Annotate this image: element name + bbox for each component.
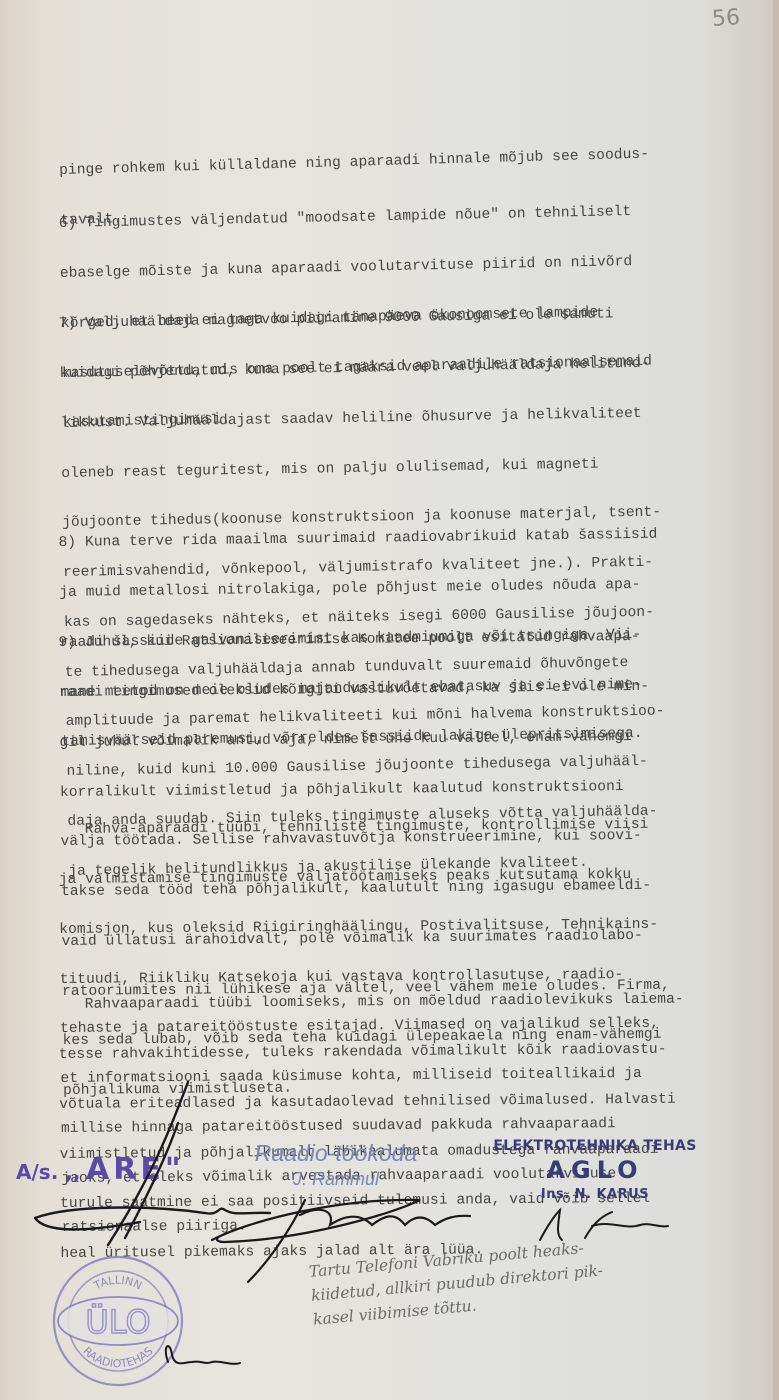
- stamp-aglo-line3: Ins. N. KARUS: [480, 1187, 710, 1202]
- stamp-are: A/s. ,, ARE": [16, 1152, 184, 1187]
- text-line: likkust. Valjuhääldajast saadav heliline…: [60, 404, 750, 433]
- stamp-rammul-line1: Raadio-töökoda: [236, 1140, 436, 1167]
- text-line: võtuala eriteadlased ja kasutadaolevad t…: [59, 1091, 749, 1114]
- text-line: 7) Valjuhääldaja magnetvoo piiramine 900…: [59, 304, 749, 333]
- svg-text:ÜLO: ÜLO: [85, 1303, 150, 1341]
- paragraph-conclusion: Rahvaaparaadi tüübi loomiseks, mis on mõ…: [58, 958, 751, 1296]
- text-line: gil juhul võimalik antud aja, nimelt ühe…: [59, 728, 749, 752]
- stamp-aglo: ELEKTROTEHNIKA TEHAS AGLO Ins. N. KARUS: [480, 1138, 710, 1202]
- text-line: Rahvaaparaadi tüübi loomiseks, mis on mõ…: [58, 991, 748, 1014]
- text-line: 6) Tingimustes väljendatud "moodsate lam…: [59, 202, 749, 233]
- text-line: oleneb reast teguritest, mis on palju ol…: [61, 453, 751, 482]
- stamp-ulo-top: TALLINN: [91, 1274, 144, 1293]
- text-line: kuidagi põhjendatud, kuna see ei määra v…: [59, 354, 749, 383]
- stamp-aglo-line1: ELEKTROTEHNIKA TEHAS: [480, 1138, 710, 1154]
- text-line: 8) Kuna terve rida maailma suurimaid raa…: [58, 526, 748, 552]
- stamp-rammul: Raadio-töökoda J. Rammul: [236, 1140, 436, 1190]
- stamp-aglo-line2: AGLO: [480, 1156, 710, 1184]
- text-line: Rahva-aparaadi tüübi, tehniliste tingimu…: [58, 816, 748, 839]
- stamp-rammul-line2: J. Rammul: [236, 1169, 436, 1190]
- page-number: 56: [711, 5, 741, 32]
- stamp-are-prefix: A/s. ,,: [16, 1160, 80, 1184]
- text-line: 9) Juhul, kui Ratsionaliseerimise Komite…: [58, 628, 748, 652]
- svg-text:RAADIOTEHAS: RAADIOTEHAS: [80, 1345, 155, 1371]
- stamp-are-name: ARE": [86, 1152, 184, 1187]
- text-line: komisjon, kus oleksid Riigiringhäälingu,…: [59, 916, 749, 939]
- text-line: raadi tingimused oleksid kõigiti vastuvõ…: [59, 678, 749, 702]
- document-page: 56 pinge rohkem kui küllaldane ning apar…: [0, 0, 779, 1400]
- text-line: tesse rahvakihtidesse, tuleks rakendada …: [59, 1041, 749, 1064]
- page-edge: [773, 0, 779, 1400]
- stamp-ulo-round: TALLINN ÜLO RAADIOTEHAS: [50, 1253, 186, 1389]
- text-line: ja valmistamise tingimuste väljatöötamis…: [59, 866, 749, 889]
